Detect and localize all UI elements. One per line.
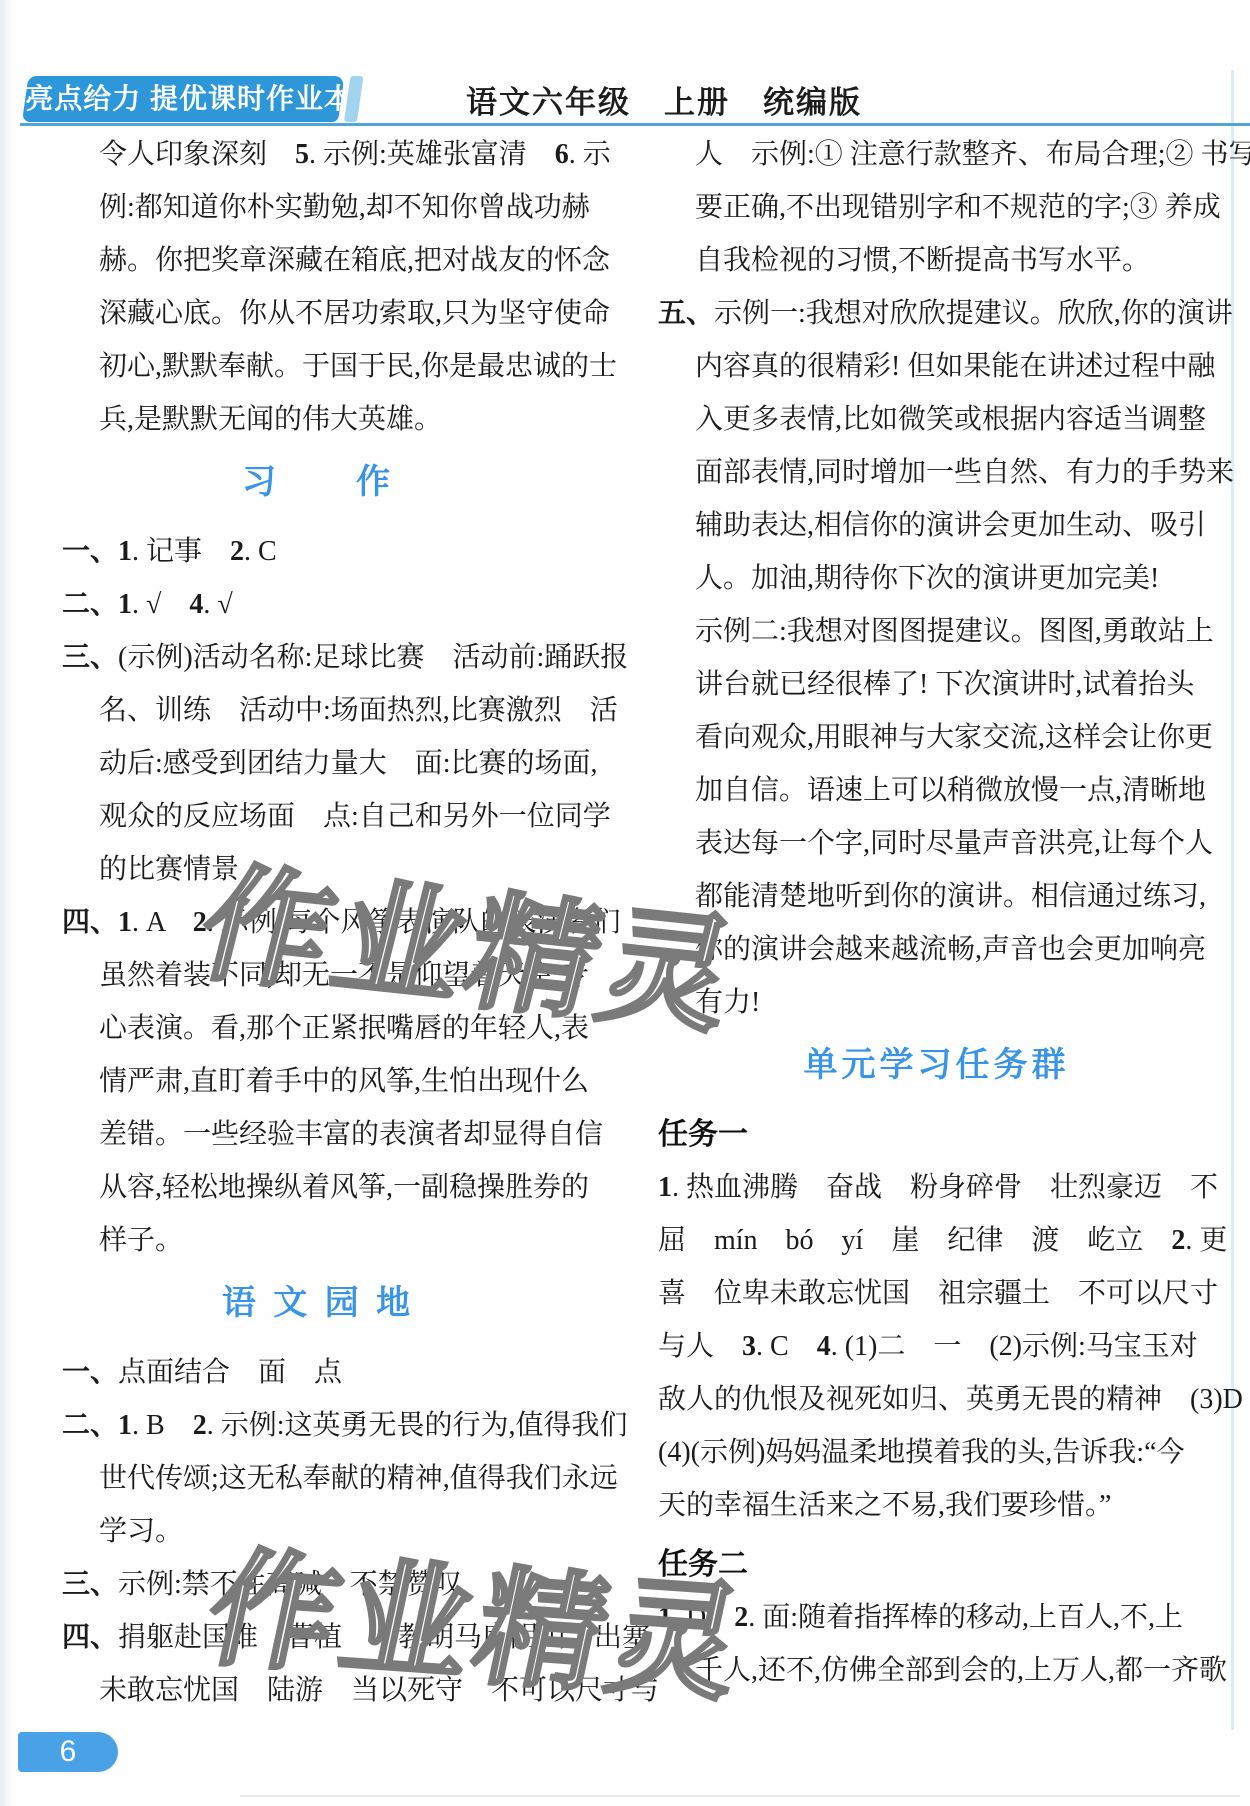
answer-line: 虽然着装不同,却无一不是仰望着天空,专 <box>62 949 574 1002</box>
section-heading: 习 作 <box>62 456 574 509</box>
answer-line: 示例二:我想对图图提建议。图图,勇敢站上 <box>658 605 1215 658</box>
left-column: 令人印象深刻 5. 示例:英雄张富清 6. 示例:都知道你朴实勤勉,却不知你曾战… <box>62 128 574 1717</box>
answer-line: 辅助表达,相信你的演讲会更加生动、吸引 <box>658 499 1215 552</box>
answer-line: 屈 mín bó yí 崖 纪律 渡 屹立 2. 更 <box>658 1214 1215 1267</box>
answer-line: 未敢忘忧国 陆游 当以死守 不可以尺寸与 <box>62 1664 574 1717</box>
answer-line: 二、1. √ 4. √ <box>62 578 574 631</box>
answer-line: 喜 位卑未敢忘忧国 祖宗疆土 不可以尺寸 <box>658 1267 1215 1320</box>
answer-line: 入更多表情,比如微笑或根据内容适当调整 <box>658 393 1215 446</box>
answer-line: 心表演。看,那个正紧抿嘴唇的年轻人,表 <box>62 1002 574 1055</box>
answer-line: 看向观众,用眼神与大家交流,这样会让你更 <box>658 711 1215 764</box>
answer-line: 一、1. 记事 2. C <box>62 525 574 578</box>
answer-line: 天的幸福生活来之不易,我们要珍惜。” <box>658 1479 1215 1532</box>
answer-line: 1. D 2. 面:随着指挥棒的移动,上百人,不,上 <box>658 1591 1215 1644</box>
scan-edge-left <box>0 0 12 1806</box>
task-heading: 任务二 <box>658 1538 1215 1591</box>
answer-line: 敌人的仇恨及视死如归、英勇无畏的精神 (3)D <box>658 1373 1215 1426</box>
page-number-badge: 6 <box>18 1732 118 1772</box>
header-divider-rule <box>20 123 1250 126</box>
page-number: 6 <box>60 1735 77 1768</box>
answer-line: 有力! <box>658 976 1215 1029</box>
answer-line: 的比赛情景 <box>62 843 574 896</box>
answer-line: 二、1. B 2. 示例:这英勇无畏的行为,值得我们 <box>62 1399 574 1452</box>
answer-line: 赫。你把奖章深藏在箱底,把对战友的怀念 <box>62 234 574 287</box>
answer-line: 加自信。语速上可以稍微放慢一点,清晰地 <box>658 764 1215 817</box>
answer-line: 深藏心底。你从不居功索取,只为坚守使命 <box>62 287 574 340</box>
answer-line: 初心,默默奉献。于国于民,你是最忠诚的士 <box>62 340 574 393</box>
answer-line: 从容,轻松地操纵着风筝,一副稳操胜券的 <box>62 1161 574 1214</box>
answer-line: 差错。一些经验丰富的表演者却显得自信 <box>62 1108 574 1161</box>
answer-line: 都能清楚地听到你的演讲。相信通过练习, <box>658 870 1215 923</box>
answer-line: 名、训练 活动中:场面热烈,比赛激烈 活 <box>62 684 574 737</box>
answer-line: 学习。 <box>62 1505 574 1558</box>
answer-line: 你的演讲会越来越流畅,声音也会更加响亮 <box>658 923 1215 976</box>
answer-line: 讲台就已经很棒了! 下次演讲时,试着抬头 <box>658 658 1215 711</box>
answer-line: 样子。 <box>62 1214 574 1267</box>
task-heading: 任务一 <box>658 1108 1215 1161</box>
answer-line: (4)(示例)妈妈温柔地摸着我的头,告诉我:“今 <box>658 1426 1215 1479</box>
answer-line: 令人印象深刻 5. 示例:英雄张富清 6. 示 <box>62 128 574 181</box>
header-brand-badge: 亮点给力 提优课时作业本 <box>22 76 344 122</box>
answer-line: 表达每一个字,同时尽量声音洪亮,让每个人 <box>658 817 1215 870</box>
answer-line: 内容真的很精彩! 但如果能在讲述过程中融 <box>658 340 1215 393</box>
answer-line: 千人,还不,仿佛全部到会的,上万人,都一齐歌 <box>658 1644 1215 1697</box>
header-book-title: 语文六年级 上册 统编版 <box>466 83 862 123</box>
section-heading: 语 文 园 地 <box>62 1277 574 1330</box>
answer-line: 四、捐躯赴国难 曹植 不教胡马度阴山 出塞 <box>62 1611 574 1664</box>
answer-line: 三、(示例)活动名称:足球比赛 活动前:踊跃报 <box>62 631 574 684</box>
answer-line: 情严肃,直盯着手中的风筝,生怕出现什么 <box>62 1055 574 1108</box>
answer-line: 动后:感受到团结力量大 面:比赛的场面, <box>62 737 574 790</box>
answer-line: 三、示例:禁不住高喊 不禁赞叹 <box>62 1558 574 1611</box>
answer-line: 四、1. A 2. 示例:每个风筝表演队的表演者们 <box>62 896 574 949</box>
scan-edge-bottom <box>240 1795 1240 1797</box>
answer-line: 一、点面结合 面 点 <box>62 1346 574 1399</box>
answer-line: 世代传颂;这无私奉献的精神,值得我们永远 <box>62 1452 574 1505</box>
answer-line: 人。加油,期待你下次的演讲更加完美! <box>658 552 1215 605</box>
answer-line: 人 示例:① 注意行款整齐、布局合理;② 书写 <box>658 128 1215 181</box>
answer-line: 1. 热血沸腾 奋战 粉身碎骨 壮烈豪迈 不 <box>658 1161 1215 1214</box>
answer-line: 面部表情,同时增加一些自然、有力的手势来 <box>658 446 1215 499</box>
workbook-page: 亮点给力 提优课时作业本 语文六年级 上册 统编版 令人印象深刻 5. 示例:英… <box>0 0 1250 1806</box>
answer-line: 五、示例一:我想对欣欣提建议。欣欣,你的演讲 <box>658 287 1215 340</box>
answer-line: 例:都知道你朴实勤勉,却不知你曾战功赫 <box>62 181 574 234</box>
right-column: 人 示例:① 注意行款整齐、布局合理;② 书写要正确,不出现错别字和不规范的字;… <box>658 128 1215 1697</box>
answer-line: 自我检视的习惯,不断提高书写水平。 <box>658 234 1215 287</box>
header-brand-text: 亮点给力 提优课时作业本 <box>25 76 341 122</box>
answer-line: 要正确,不出现错别字和不规范的字;③ 养成 <box>658 181 1215 234</box>
answer-line: 观众的反应场面 点:自己和另外一位同学 <box>62 790 574 843</box>
answer-line: 兵,是默默无闻的伟大英雄。 <box>62 393 574 446</box>
answer-line: 与人 3. C 4. (1)二 一 (2)示例:马宝玉对 <box>658 1320 1215 1373</box>
section-heading: 单元学习任务群 <box>658 1039 1215 1092</box>
